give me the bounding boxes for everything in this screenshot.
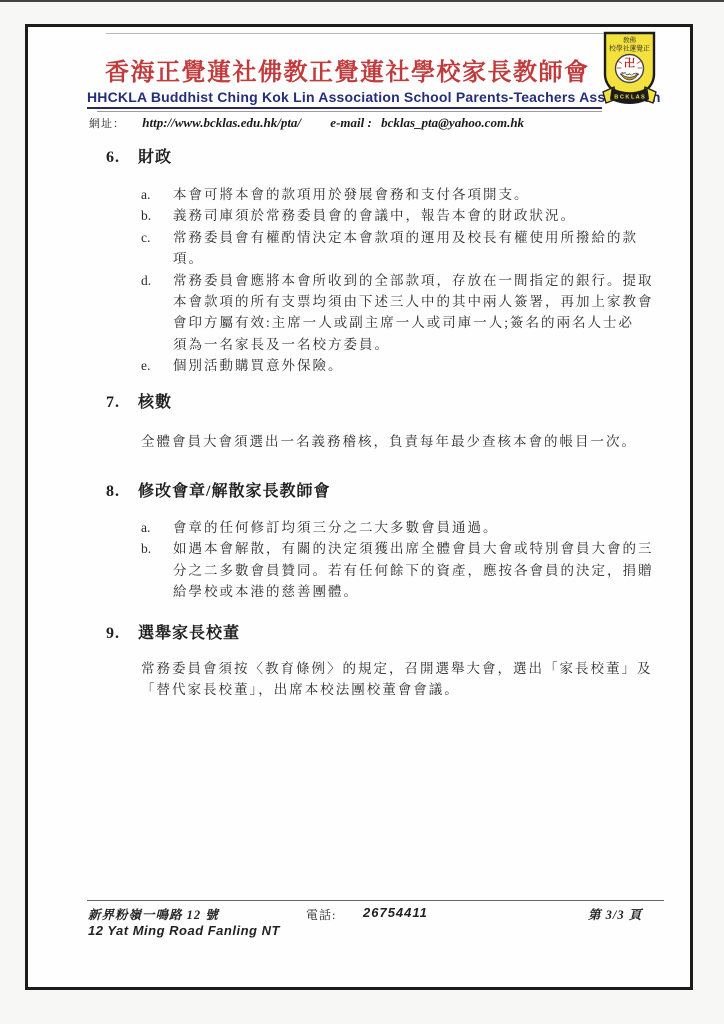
- section-title: 財政: [138, 149, 172, 166]
- body-line: 常務委員會應將本會所收到的全部款項，存放在一間指定的銀行。提取: [173, 270, 654, 291]
- item-label: d.: [141, 270, 173, 356]
- section-title: 核數: [138, 394, 172, 411]
- item-label: c.: [141, 227, 173, 270]
- footer-phone-label: 電話:: [306, 906, 336, 923]
- footer-page-number: 第 3/3 頁: [588, 905, 642, 923]
- item-label: b.: [141, 205, 173, 226]
- body-line: 「替代家長校董」，出席本校法團校董會會議。: [141, 679, 653, 700]
- body-line: 常務委員會須按〈教育條例〉的規定，召開選舉大會，選出「家長校董」及: [141, 658, 653, 679]
- list-item: a. 本會可將本會的款項用於發展會務和支付各項開支。: [141, 184, 654, 205]
- body-line: 分之二多數會員贊同。若有任何餘下的資產，應按各會員的決定，捐贈: [173, 560, 654, 581]
- body-line: 常務委員會有權酌情決定本會款項的運用及校長有權使用所撥給的款: [173, 227, 638, 248]
- body-line: 全體會員大會須選出一名義務稽核，負責每年最少查核本會的帳目一次。: [141, 431, 637, 452]
- item-label: a.: [141, 517, 173, 538]
- badge-ribbon-letters: B C K L A S: [614, 95, 645, 101]
- body-line: 本會可將本會的款項用於發展會務和支付各項開支。: [173, 184, 530, 205]
- body-line: 給學校或本港的慈善團體。: [173, 581, 654, 602]
- list-item: b. 如遇本會解散，有關的決定須獲出席全體會員大會或特別會員大會的三 分之二多數…: [141, 538, 654, 602]
- body-line: 本會款項的所有支票均須由下述三人中的其中兩人簽署，再加上家教會: [173, 291, 654, 312]
- school-badge-logo: 敎佛 校學社蓮覺正 卍 B C K L A S: [602, 30, 658, 124]
- body-line: 個別活動購買意外保險。: [173, 355, 344, 376]
- body-line: 會印方屬有效:主席一人或副主席一人或司庫一人;簽名的兩名人士必: [173, 312, 654, 333]
- email-address[interactable]: bcklas_pta@yahoo.com.hk: [381, 115, 524, 130]
- footer-phone-number: 26754411: [363, 905, 428, 920]
- section-title: 選舉家長校董: [138, 625, 240, 642]
- body-line: 如遇本會解散，有關的決定須獲出席全體會員大會或特別會員大會的三: [173, 538, 654, 559]
- footer-rule: [87, 900, 664, 901]
- section-number: 9.: [106, 625, 138, 643]
- list-item: e. 個別活動購買意外保險。: [141, 355, 654, 376]
- badge-swastika-symbol: 卍: [624, 57, 635, 70]
- section-9-heading: 9.選舉家長校董: [106, 620, 240, 643]
- body-line: 須為一名家長及一名校方委員。: [173, 334, 654, 355]
- item-label: b.: [141, 538, 173, 602]
- section-6-heading: 6.財政: [106, 144, 172, 167]
- section-6-items: a. 本會可將本會的款項用於發展會務和支付各項開支。 b. 義務司庫須於常務委員…: [141, 184, 654, 377]
- list-item: a. 會章的任何修訂均須三分之二大多數會員通過。: [141, 517, 654, 538]
- footer-address-english: 12 Yat Ming Road Fanling NT: [88, 923, 280, 938]
- list-item: c. 常務委員會有權酌情決定本會款項的運用及校長有權使用所撥給的款 項。: [141, 227, 654, 270]
- header-rule: [87, 107, 602, 109]
- org-title-english: HHCKLA Buddhist Ching Kok Lin Associatio…: [87, 89, 607, 105]
- website-url[interactable]: http://www.bcklas.edu.hk/pta/: [142, 115, 301, 130]
- item-label: e.: [141, 355, 173, 376]
- header-rule-shadow: [97, 111, 602, 112]
- section-title: 修改會章/解散家長教師會: [138, 483, 330, 500]
- section-number: 8.: [106, 483, 138, 501]
- badge-top-text: 敎佛: [623, 35, 637, 44]
- body-line: 義務司庫須於常務委員會的會議中，報告本會的財政狀況。: [173, 205, 576, 226]
- section-number: 7.: [106, 394, 138, 412]
- document-page: 香海正覺蓮社佛教正覺蓮社學校家長教師會 HHCKLA Buddhist Chin…: [25, 24, 693, 990]
- website-label: 網址：: [89, 118, 125, 130]
- list-item: b. 義務司庫須於常務委員會的會議中，報告本會的財政狀況。: [141, 205, 654, 226]
- header-contact-row: 網址： http://www.bcklas.edu.hk/pta/ e-mail…: [89, 115, 629, 131]
- section-number: 6.: [106, 149, 138, 167]
- list-item: d. 常務委員會應將本會所收到的全部款項，存放在一間指定的銀行。提取 本會款項的…: [141, 270, 654, 356]
- item-label: a.: [141, 184, 173, 205]
- body-line: 項。: [173, 248, 638, 269]
- section-8-heading: 8.修改會章/解散家長教師會: [106, 478, 330, 501]
- body-line: 會章的任何修訂均須三分之二大多數會員通過。: [173, 517, 499, 538]
- badge-arc-text: 校學社蓮覺正: [609, 44, 650, 53]
- section-9-paragraph: 常務委員會須按〈教育條例〉的規定，召開選舉大會，選出「家長校董」及 「替代家長校…: [141, 658, 653, 701]
- section-7-heading: 7.核數: [106, 389, 172, 412]
- scan-edge-artifact: [0, 0, 724, 2]
- email-label: e-mail :: [330, 115, 372, 130]
- footer-address-chinese: 新界粉嶺一鳴路 12 號: [88, 905, 219, 923]
- section-8-items: a. 會章的任何修訂均須三分之二大多數會員通過。 b. 如遇本會解散，有關的決定…: [141, 517, 654, 603]
- section-7-paragraph: 全體會員大會須選出一名義務稽核，負責每年最少查核本會的帳目一次。: [141, 431, 637, 452]
- scan-line-artifact: [106, 33, 644, 34]
- org-title-chinese: 香海正覺蓮社佛教正覺蓮社學校家長教師會: [105, 52, 605, 87]
